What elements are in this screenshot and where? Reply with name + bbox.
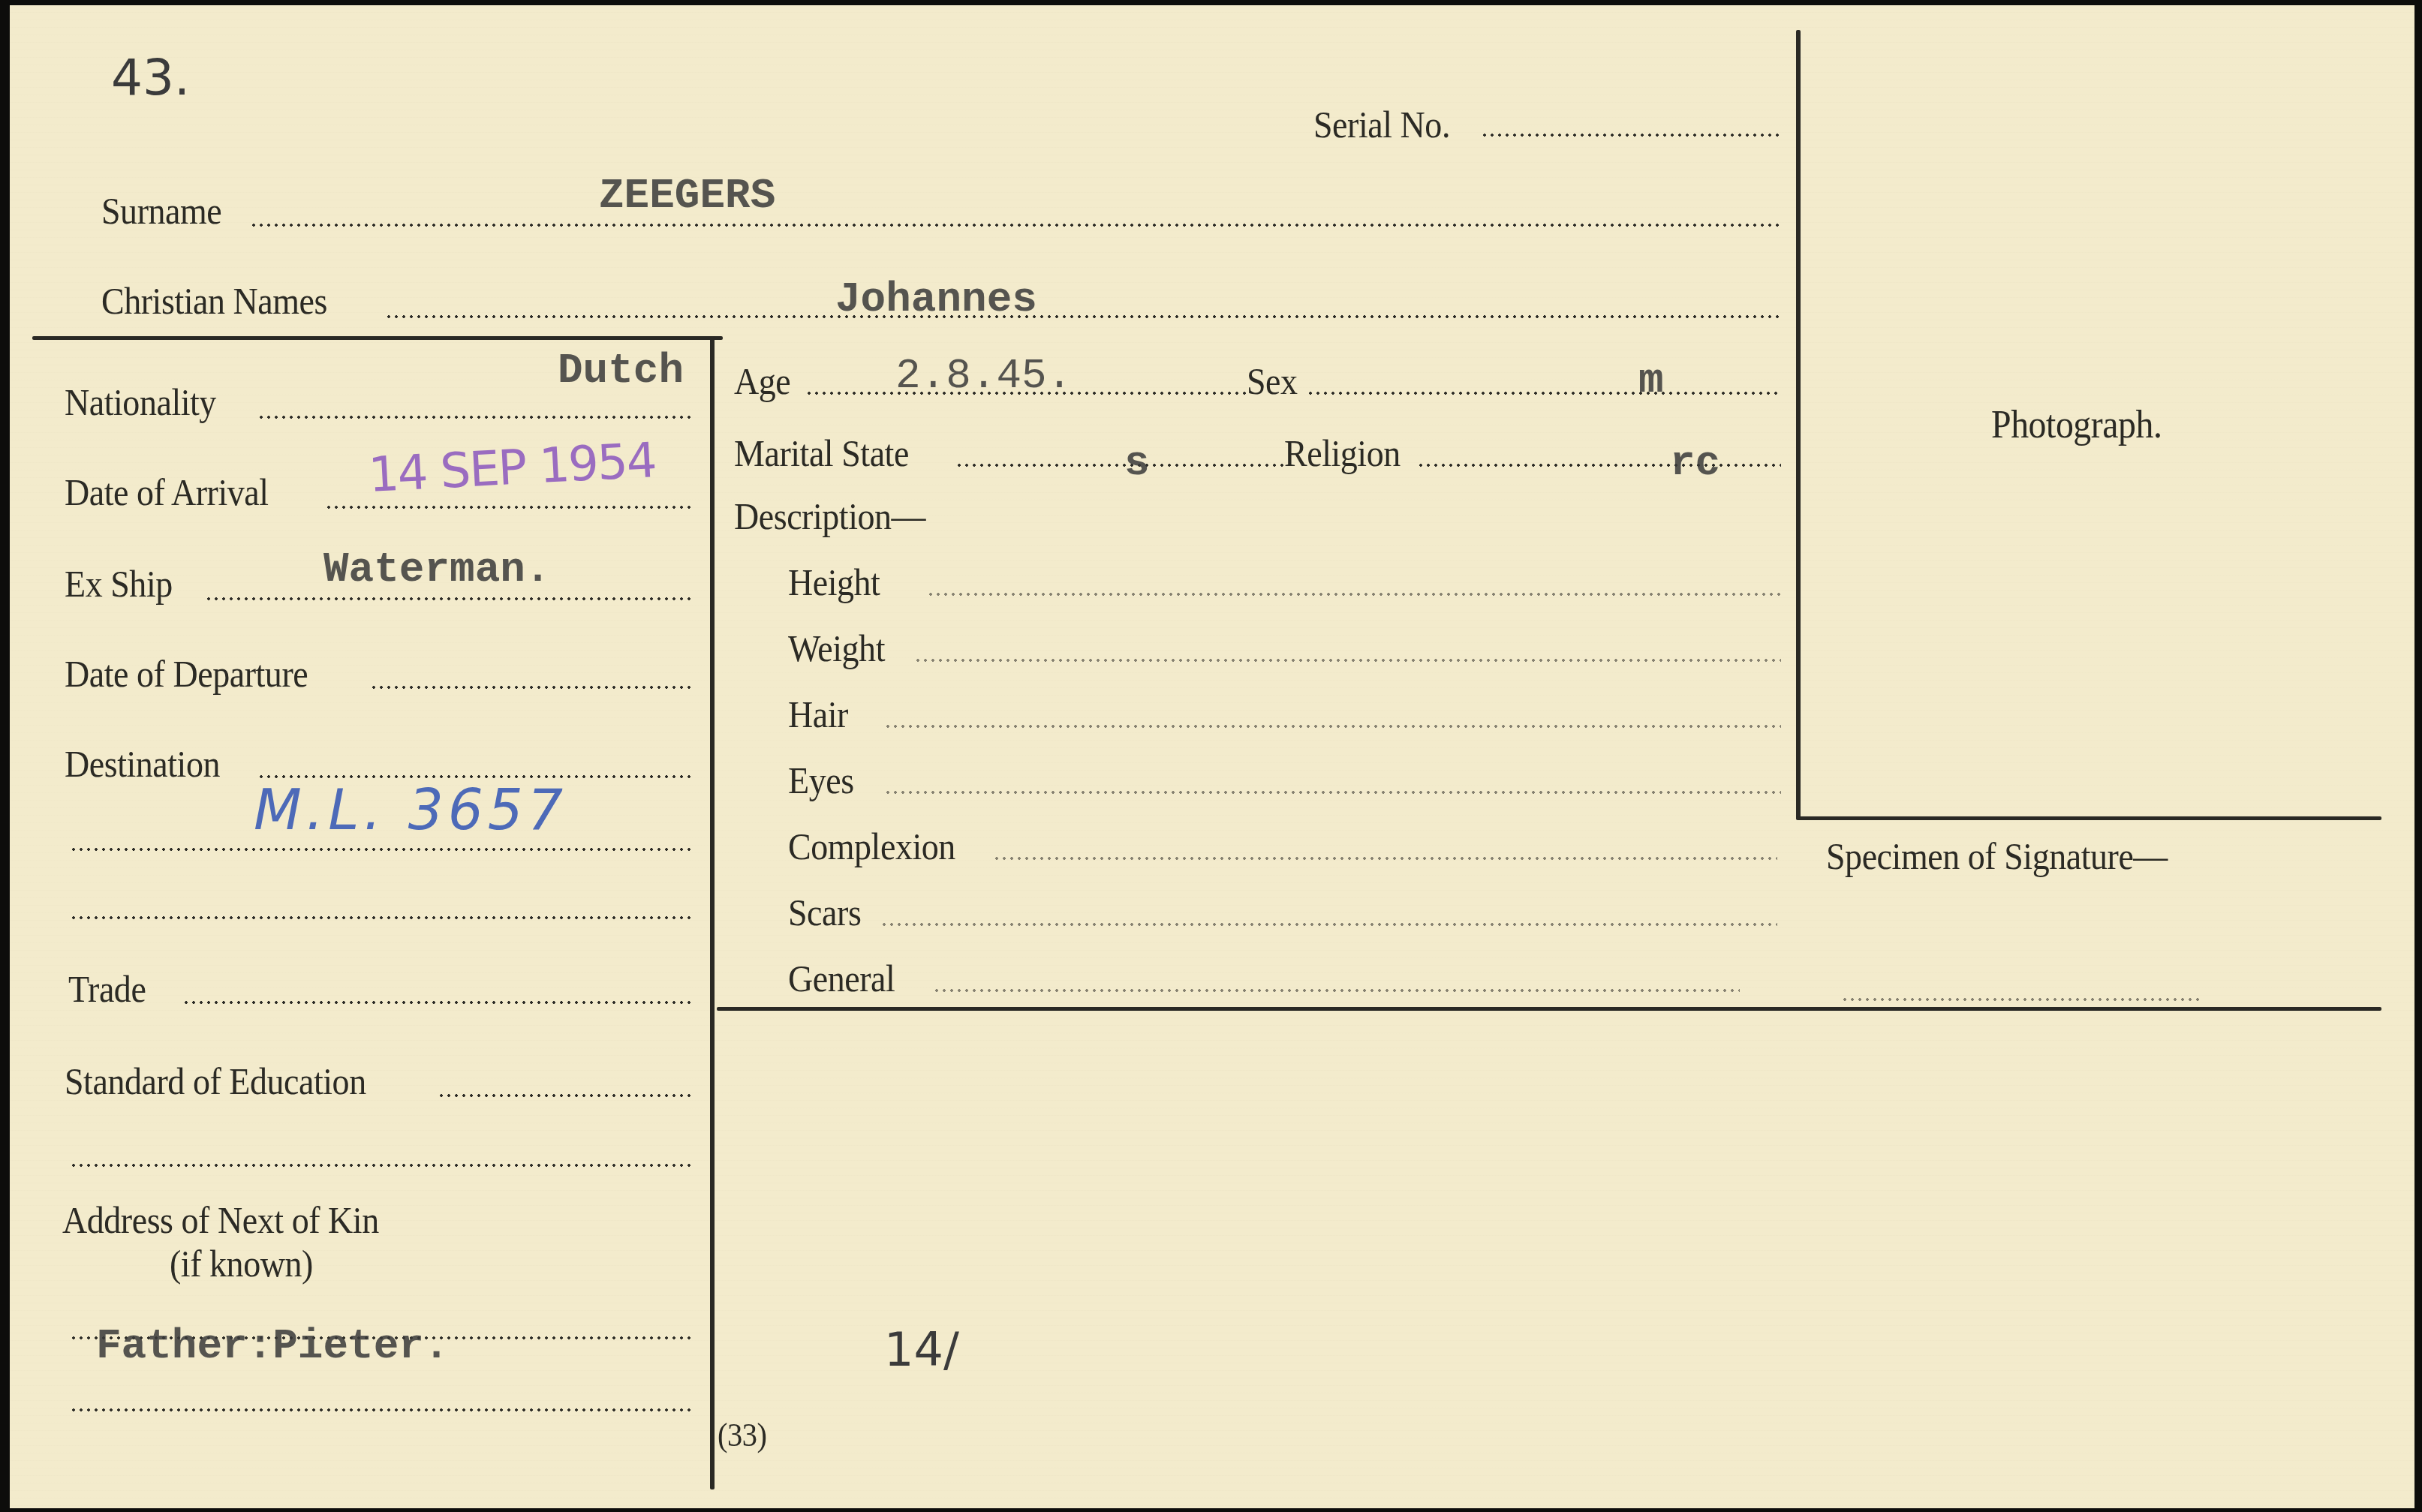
next-of-kin-label: Address of Next of Kin	[62, 1198, 379, 1242]
trade-label: Trade	[68, 967, 146, 1011]
arrival-date-stamp: 14 SEP 1954	[367, 433, 657, 503]
left-top-divider	[32, 336, 723, 340]
middle-bottom-divider	[717, 1007, 2381, 1011]
date-of-arrival-label: Date of Arrival	[65, 470, 269, 514]
ex-ship-value: Waterman.	[323, 546, 550, 594]
complexion-label: Complexion	[788, 825, 955, 868]
surname-label: Surname	[101, 189, 221, 233]
height-label: Height	[788, 561, 880, 604]
center-vertical-divider	[710, 336, 715, 1489]
hair-label: Hair	[788, 693, 848, 736]
destination-field-line-3[interactable]	[70, 915, 693, 920]
general-label: General	[788, 957, 895, 1000]
religion-value: rc	[1670, 439, 1720, 487]
scars-field[interactable]	[880, 922, 1777, 927]
card-number: 43.	[111, 49, 190, 107]
pencil-note: 14/	[884, 1322, 959, 1377]
photo-box-left-border	[1796, 30, 1801, 819]
date-of-departure-label: Date of Departure	[65, 652, 308, 696]
description-heading: Description—	[734, 494, 925, 538]
signature-label: Specimen of Signature—	[1826, 834, 2168, 878]
weight-label: Weight	[788, 627, 885, 670]
standard-of-education-field[interactable]	[438, 1093, 693, 1098]
christian-names-value: Johannes	[835, 275, 1037, 323]
date-of-arrival-field[interactable]	[325, 505, 693, 510]
marital-state-field[interactable]	[955, 463, 1286, 467]
christian-names-label: Christian Names	[101, 279, 327, 323]
religion-label: Religion	[1284, 431, 1401, 475]
nationality-field[interactable]	[257, 415, 693, 419]
hair-field[interactable]	[884, 724, 1781, 729]
nationality-value: Dutch	[558, 347, 684, 395]
signature-field[interactable]	[1841, 997, 2201, 1002]
height-field[interactable]	[927, 592, 1781, 597]
eyes-field[interactable]	[884, 790, 1781, 795]
marital-state-value: s	[1124, 439, 1150, 487]
registration-card: 43. Serial No. Surname ZEEGERS Christian…	[10, 5, 2414, 1508]
weight-field[interactable]	[914, 658, 1781, 663]
next-of-kin-field-line-2[interactable]	[70, 1408, 693, 1412]
serial-no-label: Serial No.	[1313, 103, 1450, 146]
religion-field[interactable]	[1417, 463, 1781, 467]
photograph-area[interactable]	[1805, 35, 2381, 816]
age-label: Age	[734, 359, 790, 403]
trade-field[interactable]	[182, 1000, 693, 1005]
standard-of-education-label: Standard of Education	[65, 1060, 366, 1103]
sex-field[interactable]	[1307, 391, 1781, 395]
next-of-kin-sublabel: (if known)	[170, 1242, 313, 1285]
standard-of-education-field-line-2[interactable]	[70, 1163, 693, 1168]
christian-names-field[interactable]	[385, 314, 1781, 319]
surname-value: ZEEGERS	[599, 172, 775, 220]
date-of-departure-field[interactable]	[370, 685, 693, 690]
general-field[interactable]	[933, 988, 1740, 993]
scars-label: Scars	[788, 891, 861, 934]
surname-field[interactable]	[250, 223, 1781, 227]
nationality-label: Nationality	[65, 380, 216, 424]
sex-value: m	[1638, 356, 1664, 404]
ex-ship-field[interactable]	[205, 597, 693, 601]
destination-label: Destination	[65, 742, 220, 786]
complexion-field[interactable]	[993, 856, 1777, 861]
eyes-label: Eyes	[788, 759, 854, 802]
ex-ship-label: Ex Ship	[65, 562, 173, 606]
destination-value: M.L. 3657	[254, 778, 567, 843]
photo-box-bottom-border	[1796, 816, 2381, 820]
marital-state-label: Marital State	[734, 431, 909, 475]
form-number: (33)	[718, 1416, 767, 1454]
sex-label: Sex	[1247, 359, 1298, 403]
age-value: 2.8.45.	[895, 352, 1072, 400]
serial-no-field[interactable]	[1481, 133, 1781, 137]
next-of-kin-value: Father:Pieter.	[96, 1322, 449, 1370]
destination-field-line-2[interactable]	[70, 847, 693, 852]
